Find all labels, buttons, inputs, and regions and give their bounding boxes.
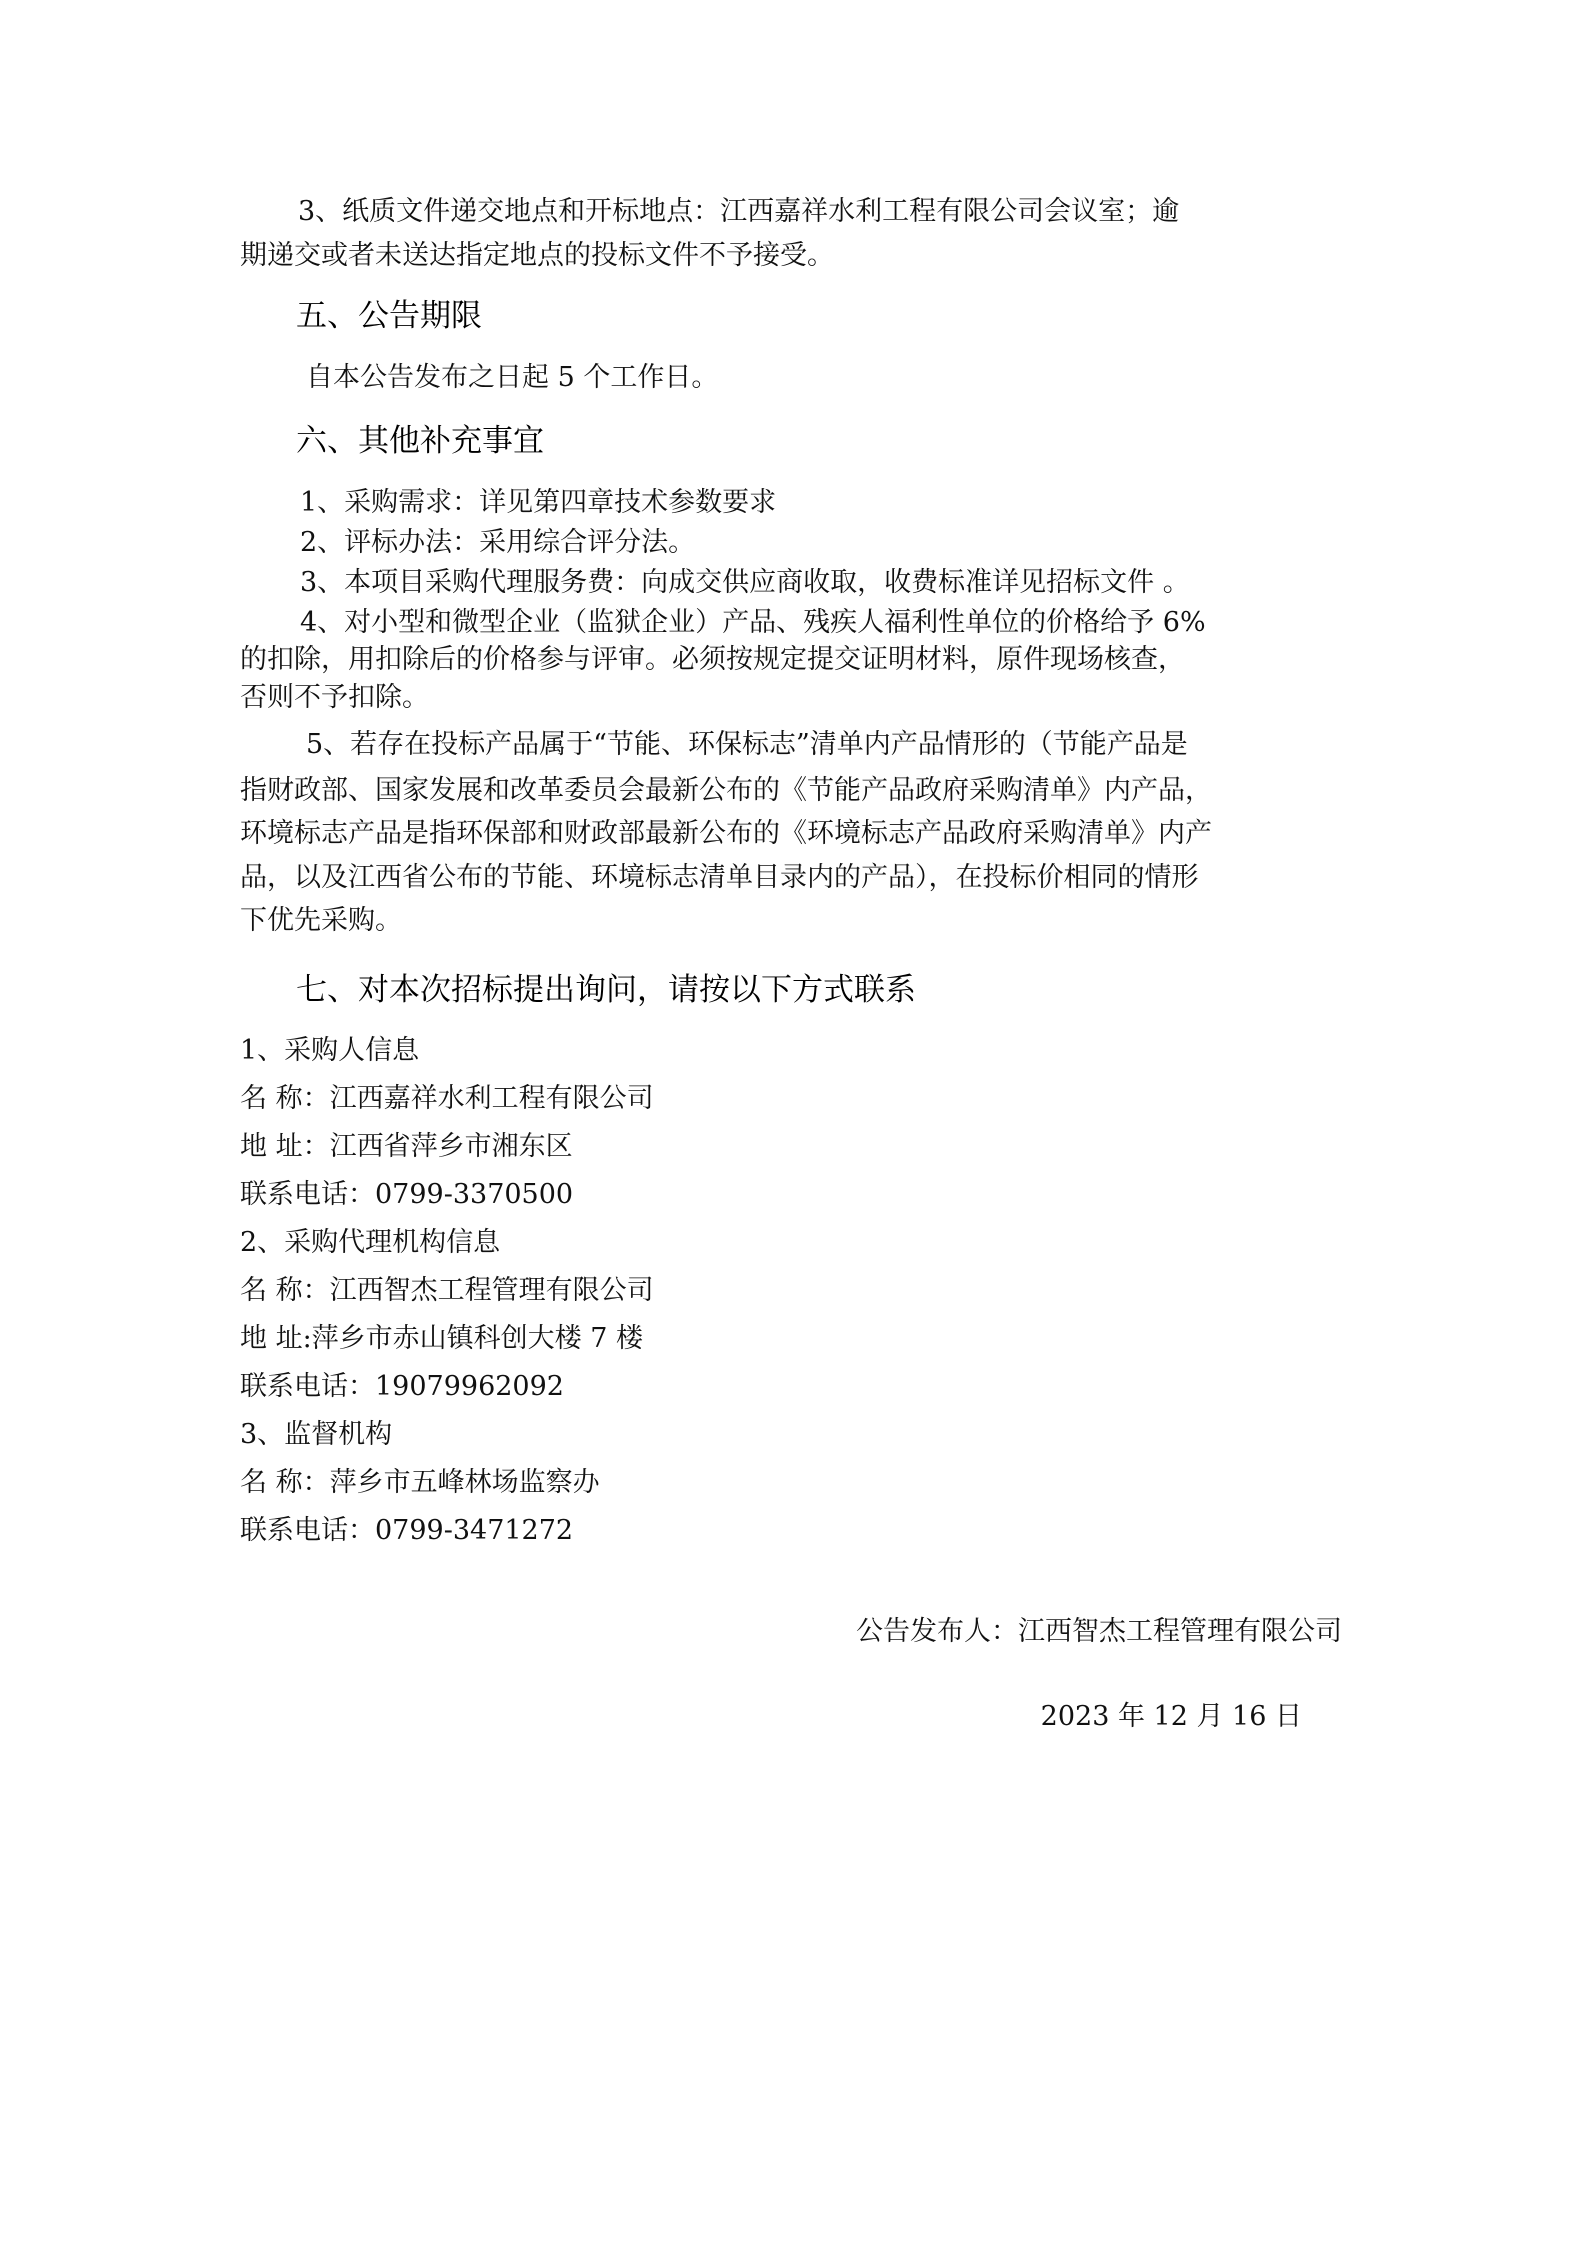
section6-item5-line2: 指财政部、国家发展和改革委员会最新公布的《节能产品政府采购清单》内产品， [240,773,1212,809]
supervisor-name: 名 称：萍乡市五峰林场监察办 [240,1465,600,1501]
agency-address: 地 址:萍乡市赤山镇科创大楼 7 楼 [240,1321,643,1357]
section6-item5-line1: 5、若存在投标产品属于“节能、环保标志”清单内产品情形的（节能产品是 [306,727,1188,763]
section6-item4-line2: 的扣除，用扣除后的价格参与评审。必须按规定提交证明材料，原件现场核查， [240,642,1185,678]
supervisor-phone: 联系电话：0799-3471272 [240,1513,573,1549]
purchaser-phone: 联系电话：0799-3370500 [240,1177,573,1213]
section6-item4-line3: 否则不予扣除。 [240,680,429,716]
agency-phone: 联系电话：19079962092 [240,1369,564,1405]
publish-date: 2023 年 12 月 16 日 [1041,1699,1302,1735]
item3-line2: 期递交或者未送达指定地点的投标文件不予接受。 [240,238,834,274]
publisher: 公告发布人：江西智杰工程管理有限公司 [856,1614,1342,1650]
agency-title: 2、采购代理机构信息 [240,1225,500,1261]
item3-line1: 3、纸质文件递交地点和开标地点：江西嘉祥水利工程有限公司会议室；逾 [298,194,1179,230]
section6-item5-line3: 环境标志产品是指环保部和财政部最新公布的《环境标志产品政府采购清单》内产 [240,816,1212,852]
section6-item3: 3、本项目采购代理服务费：向成交供应商收取，收费标准详见招标文件 。 [300,565,1190,601]
section6-item5-line4: 品，以及江西省公布的节能、环境标志清单目录内的产品），在投标价相同的情形 [240,860,1199,896]
section6-heading: 六、其他补充事宜 [296,421,544,461]
section5-text: 自本公告发布之日起 5 个工作日。 [306,360,718,396]
section7-heading: 七、对本次招标提出询问，请按以下方式联系 [296,970,916,1010]
purchaser-address: 地 址：江西省萍乡市湘东区 [240,1129,573,1165]
section6-item2: 2、评标办法：采用综合评分法。 [300,525,695,561]
section6-item1: 1、采购需求：详见第四章技术参数要求 [300,485,776,521]
section5-heading: 五、公告期限 [296,296,482,336]
section6-item4-line1: 4、对小型和微型企业（监狱企业）产品、残疾人福利性单位的价格给予 6% [300,605,1206,641]
supervisor-title: 3、监督机构 [240,1417,392,1453]
section6-item5-line5: 下优先采购。 [240,903,402,939]
purchaser-name: 名 称：江西嘉祥水利工程有限公司 [240,1081,654,1117]
purchaser-title: 1、采购人信息 [240,1033,419,1069]
agency-name: 名 称：江西智杰工程管理有限公司 [240,1273,654,1309]
